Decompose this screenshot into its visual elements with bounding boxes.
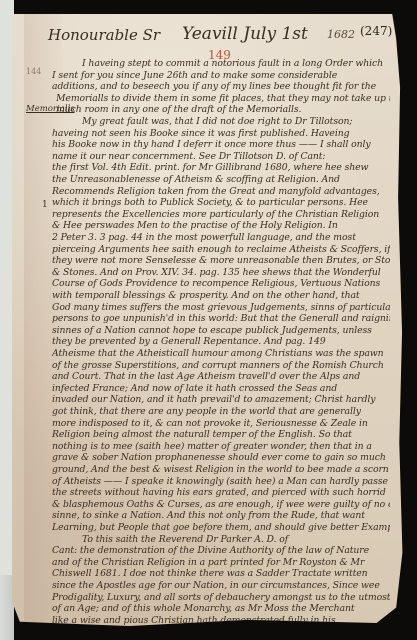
date-year: 1682 (327, 28, 355, 41)
manuscript-line: Recommends Religion taken from the Great… (52, 186, 390, 197)
manuscript-line: Learning, but People that goe before the… (52, 522, 390, 533)
manuscript-line: of the grosse Superstitions, and corrupt… (52, 360, 390, 371)
manuscript-line: and of the Christian Religion in a part … (52, 557, 390, 568)
manuscript-line: Course of Gods Providence to recompence … (52, 278, 390, 289)
manuscript-line: and Court. That in the last Age Atheism … (52, 371, 390, 382)
manuscript-line: they were not more Senselesse & more unr… (52, 255, 390, 266)
manuscript-line: with temporall blessings & prosperity. A… (52, 290, 390, 301)
manuscript-line: & blasphemous Oaths & Curses, as are eno… (52, 499, 390, 510)
manuscript-line: God many times suffers the most grievous… (52, 302, 390, 313)
salutation: Honourable Sr (48, 26, 160, 44)
manuscript-line: 17 & 18 Chapter, highly approved by the … (52, 626, 390, 637)
manuscript-line: nothing is to mee (saith hee) matter of … (52, 441, 390, 452)
manuscript-line: Chiswell 1681. I doe not thinke there wa… (52, 568, 390, 579)
manuscript-line: got think, that there are any people in … (52, 406, 390, 417)
manuscript-line: & Stones. And on Prov. XIV. 34. pag. 135… (52, 267, 390, 278)
manuscript-line: My great fault was, that I did not doe r… (82, 116, 390, 127)
manuscript-line: I sent for you since June 26th and to ma… (52, 70, 390, 81)
manuscript-line: sinne, to sinke a Nation. And this not o… (52, 510, 390, 521)
mount-strip (0, 0, 14, 575)
manuscript-page: Honourable Sr Yeavill July 1st 1682 (247… (12, 14, 404, 626)
margin-numeral: 1 (42, 200, 48, 210)
manuscript-line: I haveing stept to commit a notorious fa… (82, 58, 390, 69)
manuscript-line: haveing not seen his Booke since it was … (52, 128, 390, 139)
manuscript-line: Memorialls to divide them in some fit pl… (56, 93, 390, 104)
manuscript-line: more indisposed to it, & can not provoke… (52, 418, 390, 429)
manuscript-line: additions, and to beseech you if any of … (52, 81, 390, 92)
manuscript-line: ground, And the best & wisest Religion i… (52, 464, 390, 475)
margin-number: 144 (26, 67, 41, 76)
manuscript-line: To this saith the Reverend Dr Parker A. … (82, 534, 390, 545)
manuscript-line: much room in any one of the draft of the… (56, 104, 390, 115)
manuscript-line: name it our near concernment. See Dr Til… (52, 151, 390, 162)
manuscript-line: which it brings both to Publick Society,… (52, 197, 390, 208)
manuscript-line: pierceing Arguments hee saith enough to … (52, 244, 390, 255)
manuscript-line: Atheisme that the Atheisticall humour am… (52, 348, 390, 359)
manuscript-line: & Hee perswades Men to the practise of t… (52, 220, 390, 231)
manuscript-line: since the Apostles age for our Nation, i… (52, 580, 390, 591)
manuscript-line: sinnes of a Nation cannot hope to escape… (52, 325, 390, 336)
manuscript-line: the Unreasonablenesse of Atheism & scoff… (52, 174, 390, 185)
manuscript-line: Prodigality, Luxury, and all sorts of de… (52, 592, 390, 603)
manuscript-line: grave & sober Nation prophanenesse shoul… (52, 452, 390, 463)
manuscript-line: the first Vol. 4th Edit. print. for Mr G… (52, 162, 390, 173)
manuscript-line: of an Age; and of this whole Monarchy, a… (52, 603, 390, 614)
manuscript-line: 2 Peter 3. 3 pag. 44 in the most powerfu… (52, 232, 390, 243)
manuscript-line: represents the Excellencies more particu… (52, 209, 390, 220)
manuscript-line: persons to goe unpunish'd in this world:… (52, 313, 390, 324)
manuscript-line: they be prevented by a Generall Repentan… (52, 336, 390, 347)
place-date: Yeavill July 1st (182, 24, 308, 44)
manuscript-line: Cant: the demonstration of the Divine Au… (52, 545, 390, 556)
manuscript-line: his Booke now in thy hand I deferr it on… (52, 139, 390, 150)
manuscript-line: invaded our Nation, and it hath prevail'… (52, 394, 390, 405)
manuscript-line: of Atheists —— I speake it knowingly (sa… (52, 476, 390, 487)
manuscript-line: Religion being almost the naturall tempe… (52, 429, 390, 440)
manuscript-line: like a wise and pious Christian hath dem… (52, 615, 390, 626)
manuscript-line: infected France; And now of late it hath… (52, 383, 390, 394)
manuscript-line: the streets without having his ears grat… (52, 487, 390, 498)
page-number: (247) (360, 24, 392, 38)
